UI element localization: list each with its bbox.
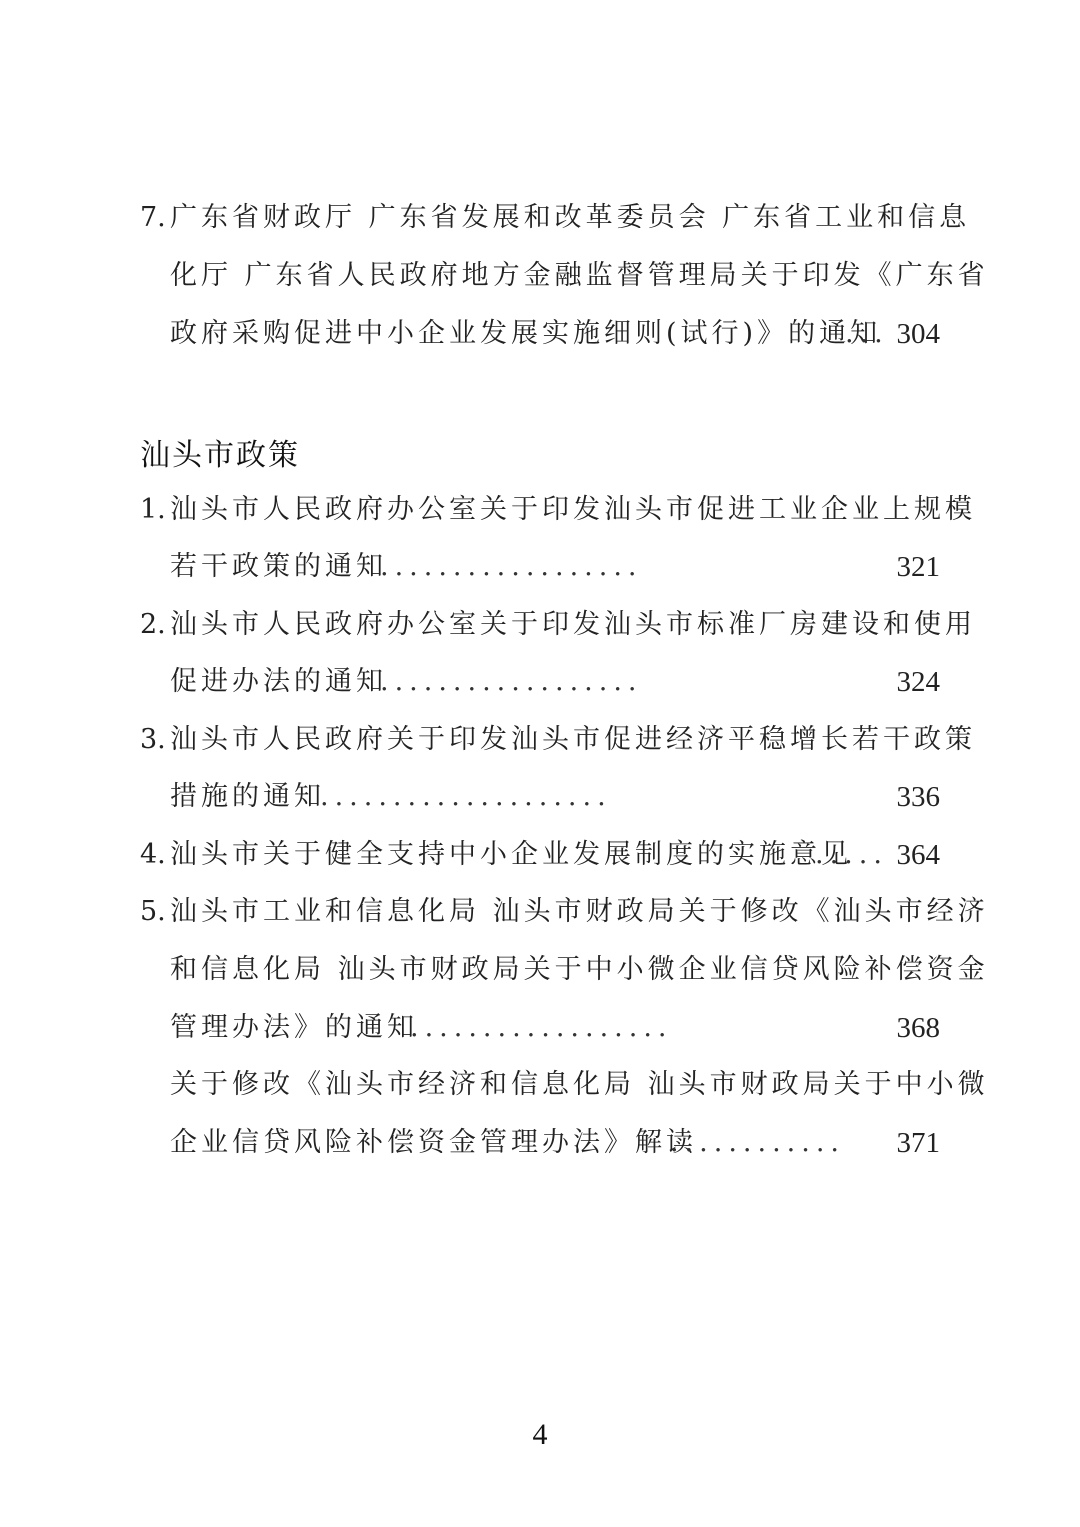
page-ref: 371	[897, 1123, 941, 1163]
entry-title-line: 汕头市人民政府办公室关于印发汕头市标准厂房建设和使用	[170, 605, 976, 645]
page-ref: 336	[897, 777, 941, 817]
dot-leader: ............	[670, 1123, 845, 1163]
entry-number: 3.	[140, 720, 166, 760]
entry-title-line: 汕头市关于健全支持中小企业发展制度的实施意见	[170, 835, 852, 875]
section-heading: 汕头市政策	[140, 430, 300, 474]
entry-title-line: 汕头市人民政府关于印发汕头市促进经济平稳增长若干政策	[170, 720, 976, 760]
entry-title-line: 化厅 广东省人民政府地方金融监督管理局关于印发《广东省	[170, 256, 989, 296]
entry-number: 2.	[140, 605, 166, 645]
entry-title-line: 促进办法的通知	[170, 662, 387, 702]
dot-leader: ....................	[320, 777, 612, 817]
entry-title-line: 企业信贷风险补偿资金管理办法》解读	[170, 1123, 697, 1163]
page-ref: 304	[897, 314, 941, 354]
entry-title-line: 关于修改《汕头市经济和信息化局 汕头市财政局关于中小微	[170, 1065, 989, 1105]
dot-leader: ..................	[410, 1008, 673, 1048]
page-ref: 364	[897, 835, 941, 875]
dot-leader: .....	[815, 835, 888, 875]
page-number: 4	[0, 1418, 1080, 1452]
dot-leader: ...	[845, 314, 889, 354]
entry-title-line: 管理办法》的通知	[170, 1008, 418, 1048]
entry-title-line: 若干政策的通知	[170, 547, 387, 587]
page-ref: 324	[897, 662, 941, 702]
dot-leader: ..................	[380, 662, 643, 702]
page-ref: 368	[897, 1008, 941, 1048]
entry-number: 7.	[140, 198, 166, 238]
entry-number: 5.	[140, 892, 166, 932]
entry-number: 1.	[140, 490, 166, 530]
entry-title-line: 和信息化局 汕头市财政局关于中小微企业信贷风险补偿资金	[170, 950, 989, 990]
entry-title-line: 政府采购促进中小企业发展实施细则(试行)》的通知	[170, 314, 881, 354]
entry-number: 4.	[140, 835, 166, 875]
dot-leader: ..................	[380, 547, 643, 587]
entry-title-line: 汕头市工业和信息化局 汕头市财政局关于修改《汕头市经济	[170, 892, 989, 932]
entry-title-line: 汕头市人民政府办公室关于印发汕头市促进工业企业上规模	[170, 490, 976, 530]
entry-title-line: 措施的通知	[170, 777, 325, 817]
entry-title-line: 广东省财政厅 广东省发展和改革委员会 广东省工业和信息	[170, 198, 970, 238]
page-ref: 321	[897, 547, 941, 587]
